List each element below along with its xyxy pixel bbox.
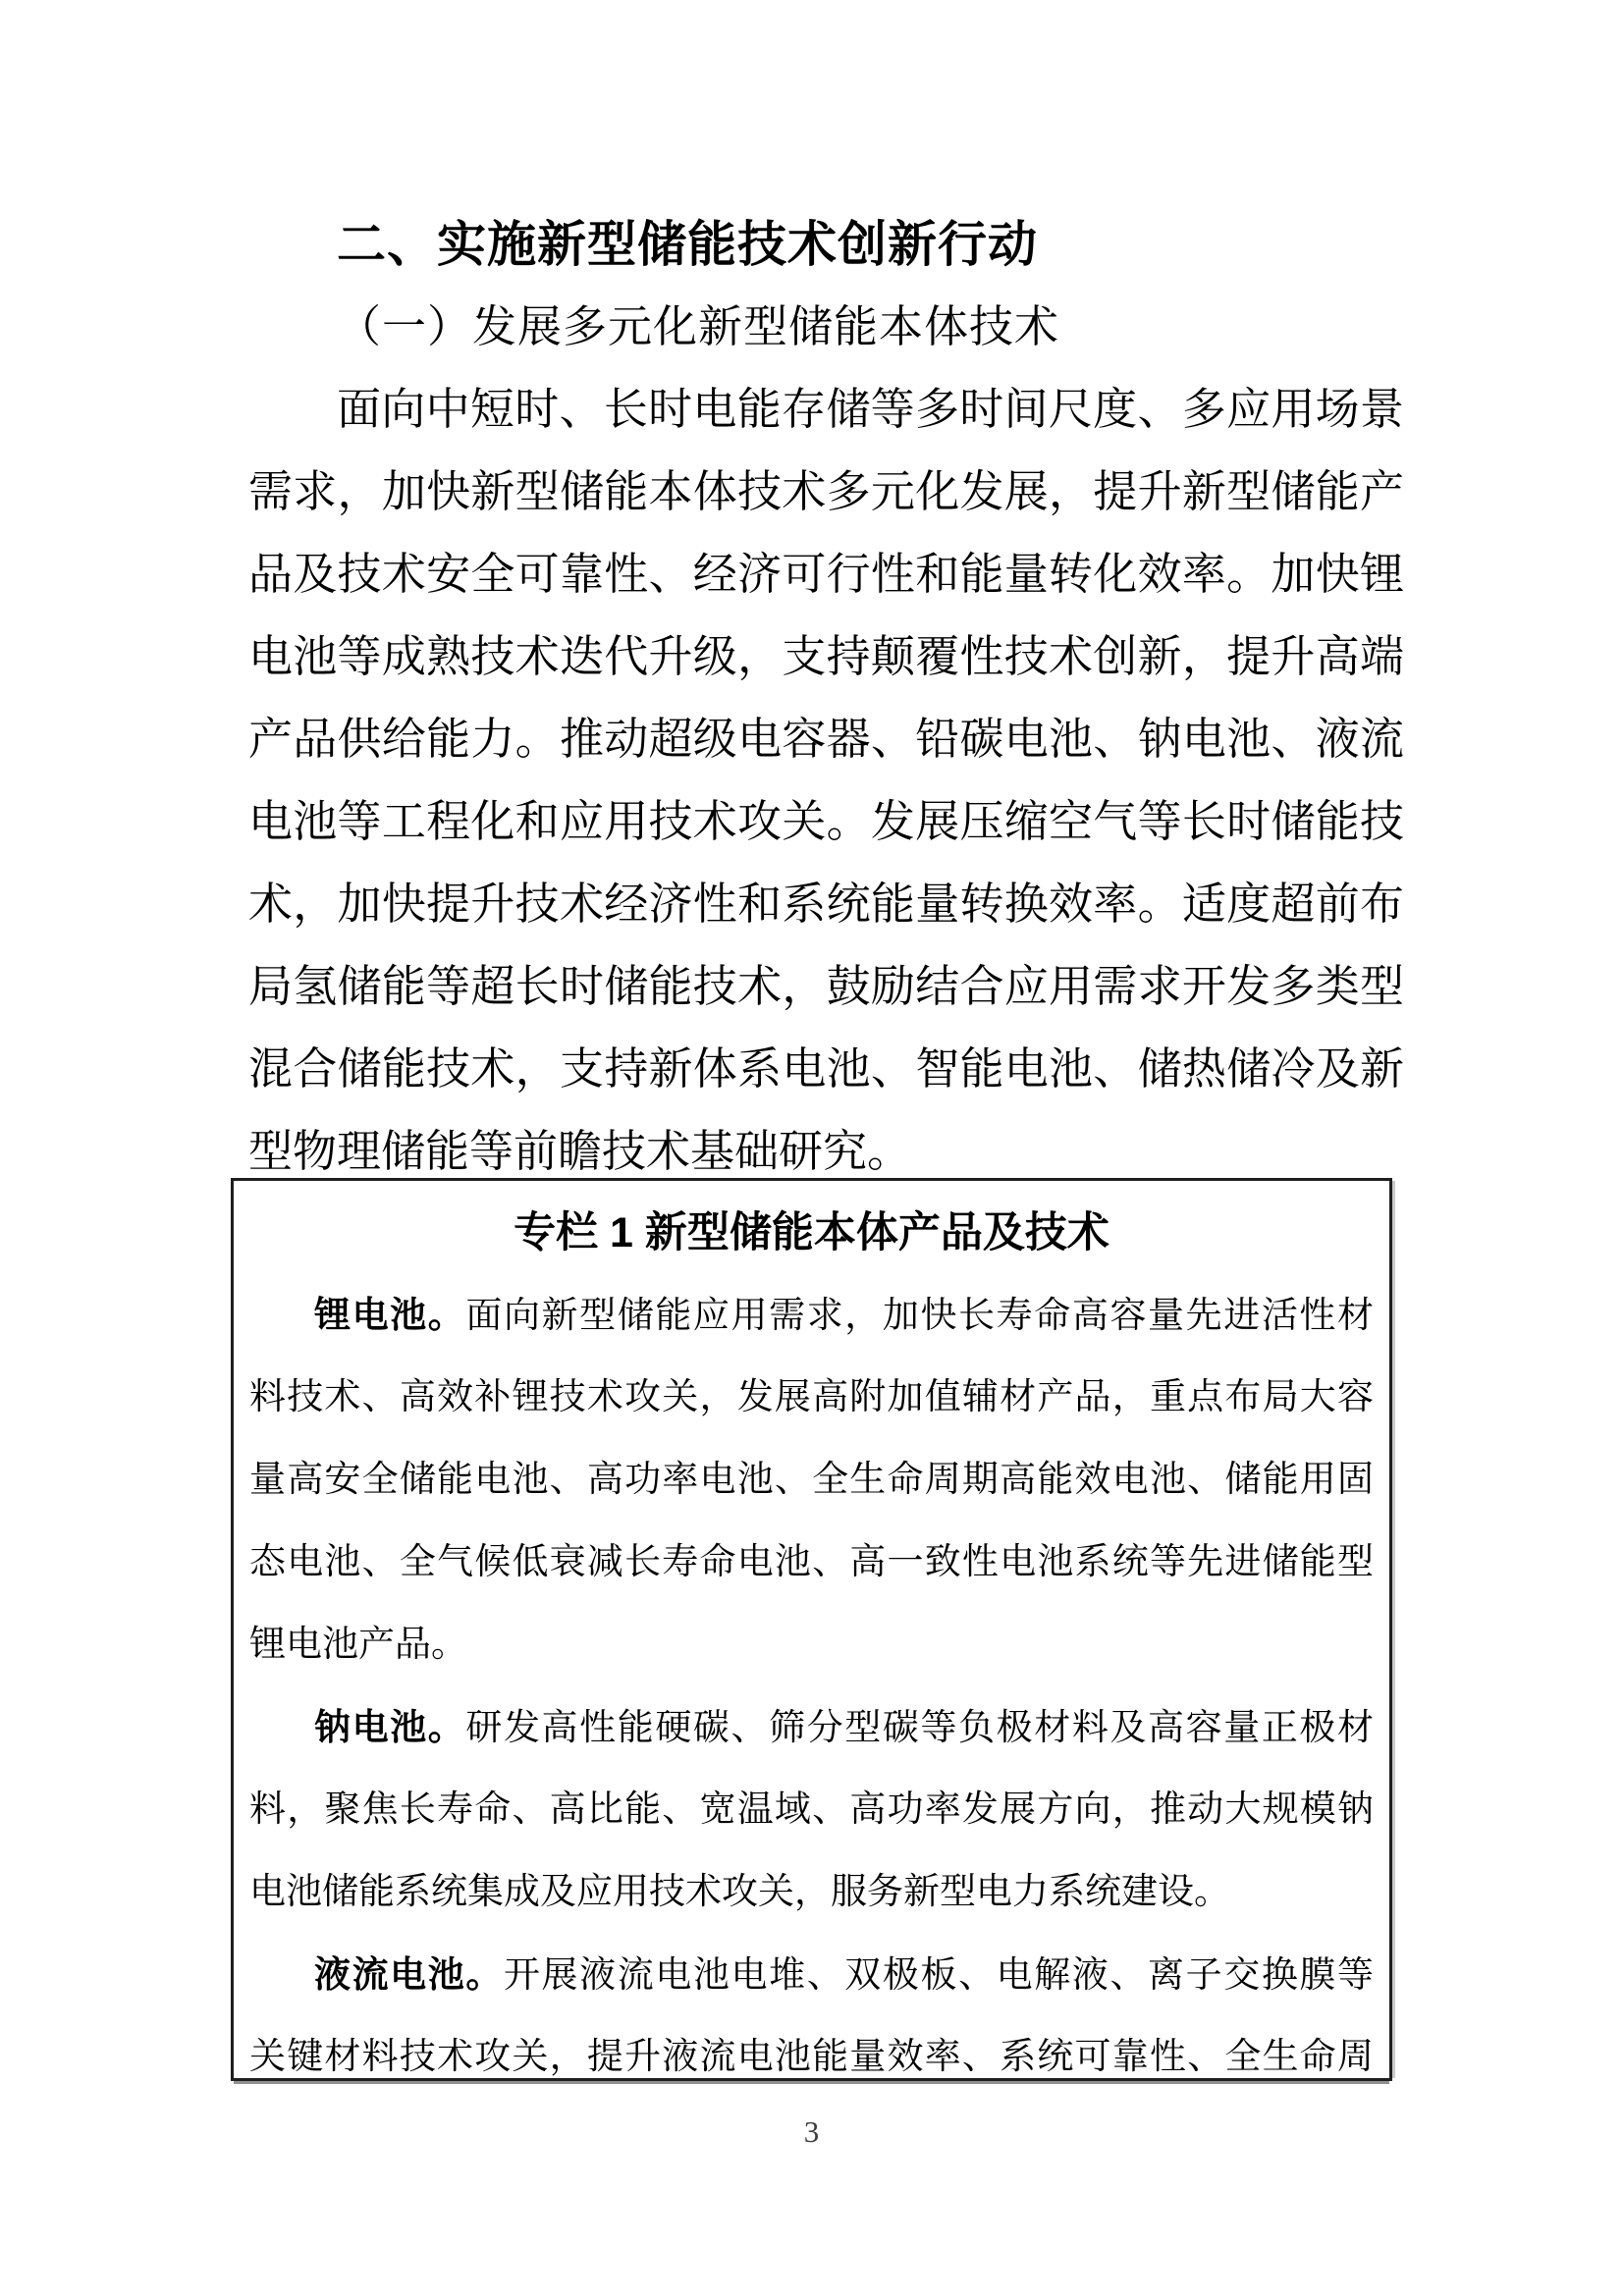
box-paragraph-lithium: 锂电池。面向新型储能应用需求，加快长寿命高容量先进活性材 料技术、高效补锂技术攻… (249, 1274, 1374, 1686)
line-text: 开展液流电池电堆、双极板、电解液、离子交换膜等 (504, 1955, 1374, 1996)
callout-box: 专栏 1 新型储能本体产品及技术 锂电池。面向新型储能应用需求，加快长寿命高容量… (231, 1178, 1392, 2081)
paragraph-line: 电池等工程化和应用技术攻关。发展压缩空气等长时储能技 (248, 780, 1404, 863)
box-paragraph-line: 态电池、全气候低衰减长寿命电池、高一致性电池系统等先进储能型 (249, 1522, 1374, 1604)
box-paragraph-line: 量高安全储能电池、高功率电池、全生命周期高能效电池、储能用固 (249, 1439, 1374, 1522)
paragraph-line: 术，加快提升技术经济性和系统能量转换效率。适度超前布 (248, 863, 1404, 945)
paragraph-line: 面向中短时、长时电能存储等多时间尺度、多应用场景 (248, 368, 1404, 451)
term-lead: 液流电池。 (314, 1954, 504, 1995)
box-paragraph-sodium: 钠电池。研发高性能硬碳、筛分型碳等负极材料及高容量正极材 料，聚焦长寿命、高比能… (249, 1686, 1374, 1934)
box-paragraph-line: 锂电池产品。 (249, 1604, 1374, 1686)
box-paragraph-line: 电池储能系统集成及应用技术攻关，服务新型电力系统建设。 (249, 1851, 1374, 1934)
box-paragraph-line: 锂电池。面向新型储能应用需求，加快长寿命高容量先进活性材 (249, 1274, 1374, 1357)
line-text: 研发高性能硬碳、筛分型碳等负极材料及高容量正极材 (465, 1708, 1374, 1748)
term-lead: 钠电池。 (314, 1707, 465, 1747)
callout-box-title: 专栏 1 新型储能本体产品及技术 (249, 1192, 1374, 1274)
term-lead: 锂电池。 (314, 1295, 465, 1335)
paragraph-line: 混合储能技术，支持新体系电池、智能电池、储热储冷及新 (248, 1028, 1404, 1110)
document-body: 二、实施新型储能技术创新行动 （一）发展多元化新型储能本体技术 面向中短时、长时… (248, 203, 1404, 1193)
paragraph-line: 局氢储能等超长时储能技术，鼓励结合应用需求开发多类型 (248, 945, 1404, 1028)
section-heading: 二、实施新型储能技术创新行动 (248, 203, 1404, 286)
box-paragraph-line: 液流电池。开展液流电池电堆、双极板、电解液、离子交换膜等 (249, 1934, 1374, 2016)
box-paragraph-line: 料技术、高效补锂技术攻关，发展高附加值辅材产品，重点布局大容 (249, 1357, 1374, 1439)
paragraph-line: 产品供给能力。推动超级电容器、铅碳电池、钠电池、液流 (248, 698, 1404, 780)
box-paragraph-line: 钠电池。研发高性能硬碳、筛分型碳等负极材料及高容量正极材 (249, 1686, 1374, 1769)
line-text: 面向新型储能应用需求，加快长寿命高容量先进活性材 (465, 1296, 1374, 1336)
paragraph-line: 品及技术安全可靠性、经济可行性和能量转化效率。加快锂 (248, 533, 1404, 615)
box-paragraph-line: 关键材料技术攻关，提升液流电池能量效率、系统可靠性、全生命周 (249, 2016, 1374, 2081)
paragraph-line: 需求，加快新型储能本体技术多元化发展，提升新型储能产 (248, 451, 1404, 533)
body-paragraph: 面向中短时、长时电能存储等多时间尺度、多应用场景 需求，加快新型储能本体技术多元… (248, 368, 1404, 1193)
section-subheading: （一）发展多元化新型储能本体技术 (248, 286, 1404, 368)
page-number: 3 (0, 2112, 1623, 2152)
box-paragraph-line: 料，聚焦长寿命、高比能、宽温域、高功率发展方向，推动大规模钠 (249, 1769, 1374, 1851)
box-paragraph-flow-battery: 液流电池。开展液流电池电堆、双极板、电解液、离子交换膜等 关键材料技术攻关，提升… (249, 1934, 1374, 2081)
paragraph-line: 电池等成熟技术迭代升级，支持颠覆性技术创新，提升高端 (248, 615, 1404, 698)
document-page: 二、实施新型储能技术创新行动 （一）发展多元化新型储能本体技术 面向中短时、长时… (0, 0, 1623, 2296)
